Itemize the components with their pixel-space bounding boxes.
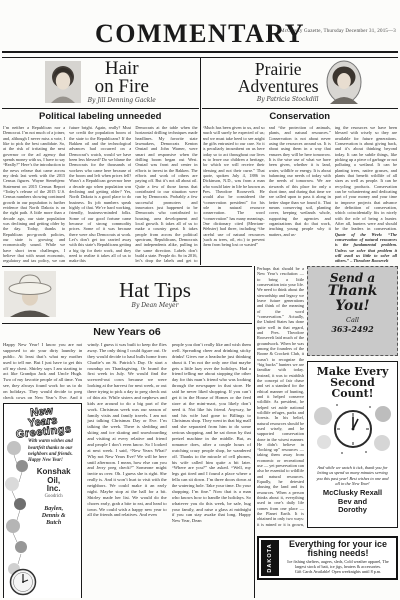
prairie-adventures-body: “Much has been given to us, and so much … bbox=[202, 125, 399, 265]
dakota-ice-fishing-ad: DAKOTA Everything for your ice fishing n… bbox=[257, 536, 398, 580]
article-prairie-adventures: Prairie Adventures By Patricia Stockdill… bbox=[202, 58, 399, 265]
prairie-adventures-byline: By Patricia Stockdill bbox=[238, 96, 319, 103]
author-photo-dean bbox=[4, 271, 56, 317]
newspaper-page: McClusky Gazette, Thursday December 31, … bbox=[0, 0, 400, 600]
section-title: COMMENTARY bbox=[0, 21, 400, 47]
bottom-section: Hat Tips By Dean Meyer New Years o6 Happ… bbox=[2, 266, 398, 598]
greetings-ad-message: With warm wishes and heartfelt thanks to… bbox=[28, 439, 79, 464]
right-rail-row: Perhaps that should be a New Year’s reso… bbox=[257, 266, 398, 528]
article-column: and “the protection of animals, plants, … bbox=[269, 125, 331, 265]
article-column: windy. I guess it was built to keep the … bbox=[87, 342, 166, 598]
prairie-adventures-headline: Conservation bbox=[202, 111, 399, 122]
greetings-ad-sponsor: Konshak Oil, Inc. bbox=[28, 468, 79, 493]
clock-illustration bbox=[8, 567, 38, 598]
prairie-adventures-titleblock: Prairie Adventures By Patricia Stockdill bbox=[238, 61, 319, 102]
conservation-continuation-column: Perhaps that should be a New Year’s reso… bbox=[257, 266, 304, 528]
hair-on-fire-body: I’m neither a Republican nor a Democrat.… bbox=[2, 125, 199, 265]
column-divider bbox=[254, 266, 255, 598]
article-column: people you don’t really like and wish th… bbox=[172, 342, 251, 598]
hair-on-fire-title: Hair on Fire bbox=[88, 60, 156, 96]
prairie-adventures-masthead: Prairie Adventures By Patricia Stockdill bbox=[202, 58, 399, 106]
hat-tips-title: Hat Tips bbox=[60, 280, 250, 301]
rule bbox=[2, 108, 199, 109]
hair-on-fire-titleblock: Hair on Fire By Jill Denning Gackle bbox=[88, 60, 156, 104]
rexall-ad-message: And while we watch it tick, thank you fo… bbox=[314, 465, 391, 487]
hat-tips-body: Happy New Year! I know you are not suppo… bbox=[2, 342, 252, 598]
quote-of-the-week: Quote of the Week: “The conservation of … bbox=[335, 232, 397, 264]
ad-stack: Send a Thank You! Call 363-2492 Make Eve… bbox=[307, 266, 398, 528]
article-column: future bright. Again, really? Must we cr… bbox=[69, 125, 131, 265]
greetings-ad-body: With warm wishes and heartfelt thanks to… bbox=[28, 437, 81, 527]
hair-on-fire-masthead: Hair on Fire By Jill Denning Gackle bbox=[2, 58, 199, 106]
rexall-ad-sponsor: McClusky Rexall Bev and Dorothy bbox=[310, 489, 395, 515]
article-column: “Much has been given to us, and so much … bbox=[203, 125, 265, 265]
clock-balloons-illustration bbox=[311, 445, 395, 462]
article-column: Democrats at the table when the horizont… bbox=[135, 125, 197, 265]
hat-tips-headline: New Years o6 bbox=[2, 326, 252, 338]
rexall-ad: Make Every Second Count! bbox=[307, 361, 398, 528]
new-years-greetings-ad: New Years Greetings bbox=[3, 403, 82, 598]
prairie-adventures-title: Prairie Adventures bbox=[238, 61, 319, 94]
article-hair-on-fire: Hair on Fire By Jill Denning Gackle Poli… bbox=[2, 58, 199, 265]
dakota-ad-headline: Everything for your ice fishing needs! bbox=[282, 540, 394, 559]
hair-on-fire-headline: Political labeling unneeded bbox=[2, 111, 199, 122]
dakota-ad-body: Everything for your ice fishing needs! I… bbox=[282, 540, 394, 576]
rule bbox=[2, 323, 252, 324]
greetings-ad-location: Goodrich bbox=[28, 494, 79, 500]
rexall-ad-title: Make Every Second Count! bbox=[310, 366, 395, 400]
thank-you-ad: Send a Thank You! Call 363-2492 bbox=[307, 266, 398, 356]
article-column: I’m neither a Republican nor a Democrat.… bbox=[3, 125, 65, 265]
hat-tips-titleblock: Hat Tips By Dean Meyer bbox=[60, 280, 250, 309]
article-column: Happy New Year! I know you are not suppo… bbox=[3, 342, 82, 598]
article-hat-tips: Hat Tips By Dean Meyer New Years o6 Happ… bbox=[2, 266, 252, 598]
article-column: ing the resources we have been blessed w… bbox=[335, 125, 397, 265]
dakota-logo: DAKOTA bbox=[261, 540, 279, 576]
author-photo-patricia bbox=[326, 60, 362, 104]
thank-you-ad-phone: 363-2492 bbox=[308, 324, 397, 334]
top-articles-row: Hair on Fire By Jill Denning Gackle Poli… bbox=[2, 58, 398, 265]
right-rail: Perhaps that should be a New Year’s reso… bbox=[257, 266, 398, 598]
rule bbox=[202, 108, 399, 109]
author-photo-jill bbox=[45, 61, 81, 103]
hat-tips-byline: By Dean Meyer bbox=[60, 302, 250, 309]
greetings-ad-names: Baylen, Dennis & Butch bbox=[28, 506, 79, 528]
hair-on-fire-byline: By Jill Denning Gackle bbox=[88, 97, 156, 104]
hat-tips-masthead: Hat Tips By Dean Meyer bbox=[2, 267, 252, 321]
column-divider bbox=[200, 58, 201, 265]
header-rule bbox=[2, 51, 398, 58]
balloons-illustration bbox=[4, 436, 30, 578]
